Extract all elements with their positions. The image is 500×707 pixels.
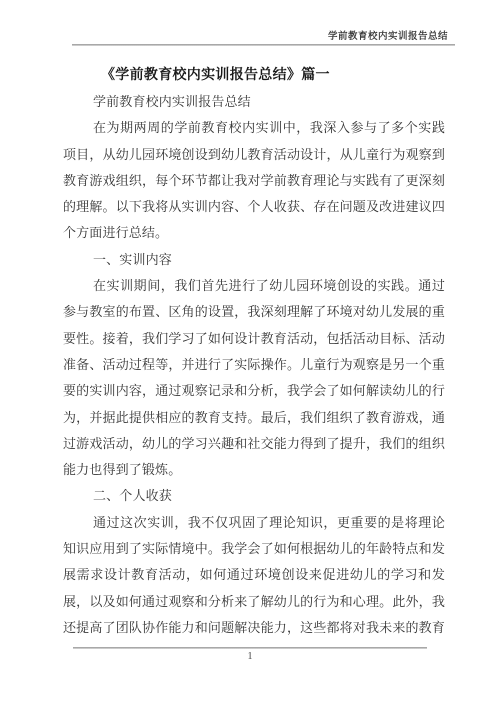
page-number: 1 xyxy=(73,651,427,662)
footer-divider xyxy=(73,647,427,649)
paragraph: 学前教育校内实训报告总结 xyxy=(63,89,445,115)
header-running-title: 学前教育校内实训报告总结 xyxy=(328,28,448,42)
document-page: 学前教育校内实训报告总结 《学前教育校内实训报告总结》篇一 学前教育校内实训报告… xyxy=(0,0,500,707)
paragraph: 在为期两周的学前教育校内实训中，我深入参与了多个实践项目，从幼儿园环境创设到幼儿… xyxy=(63,115,445,246)
document-body: 学前教育校内实训报告总结在为期两周的学前教育校内实训中，我深入参与了多个实践项目… xyxy=(63,89,445,644)
paragraph: 二、个人收获 xyxy=(63,483,445,509)
page-title: 《学前教育校内实训报告总结》篇一 xyxy=(101,64,330,84)
paragraph: 通过这次实训，我不仅巩固了理论知识，更重要的是将理论知识应用到了实际情境中。我学… xyxy=(63,510,445,644)
paragraph: 在实训期间，我们首先进行了幼儿园环境创设的实践。通过参与教室的布置、区角的设置，… xyxy=(63,273,445,483)
paragraph: 一、实训内容 xyxy=(63,247,445,273)
header-divider xyxy=(72,44,455,46)
